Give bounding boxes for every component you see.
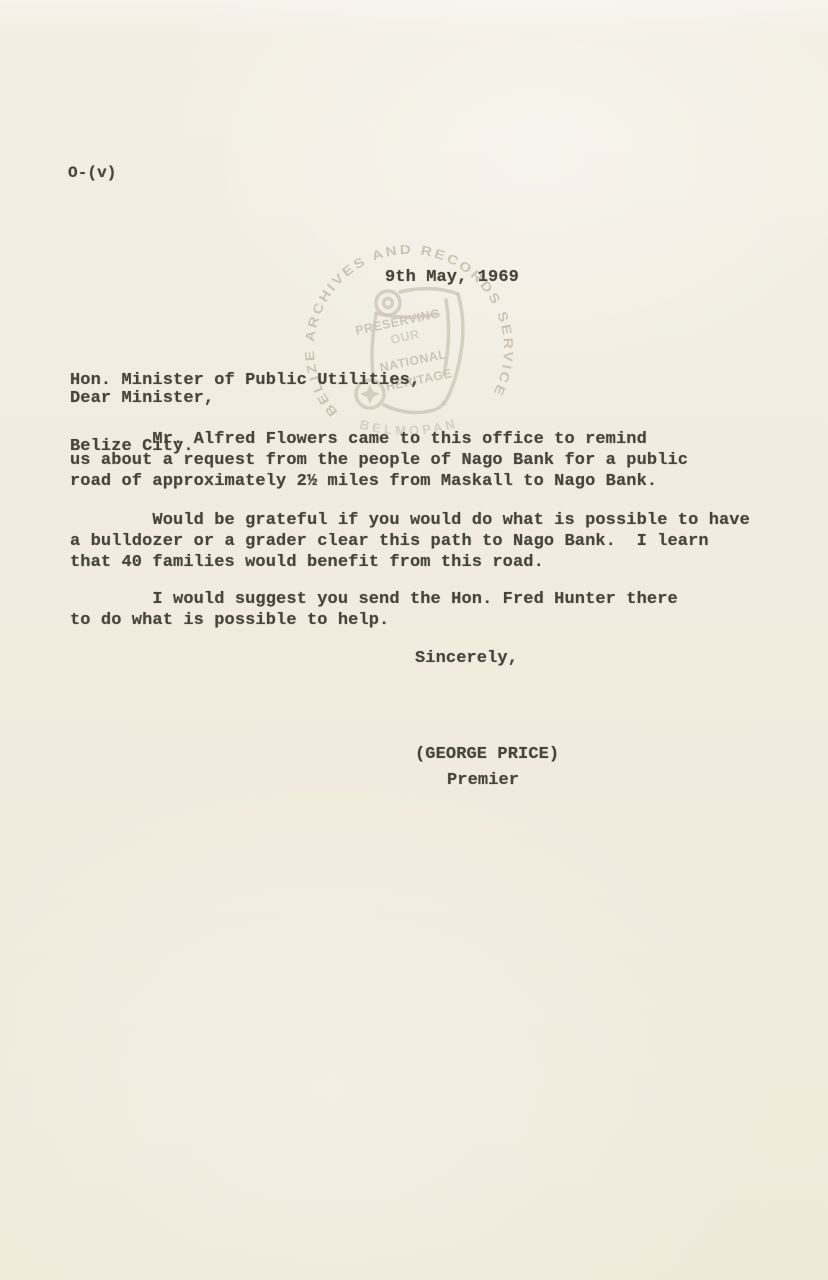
scanned-letter-page: BELIZE ARCHIVES AND RECORDS SERVICE PRES… [0, 0, 828, 1280]
signature-title: Premier [447, 770, 519, 791]
signature-name: (GEORGE PRICE) [415, 744, 559, 765]
closing: Sincerely, [415, 648, 518, 669]
paragraph-1: Mr. Alfred Flowers came to this office t… [70, 429, 688, 492]
salutation: Dear Minister, [70, 388, 214, 409]
paragraph-2: Would be grateful if you would do what i… [70, 510, 750, 573]
letter-date: 9th May, 1969 [385, 267, 519, 288]
paragraph-3: I would suggest you send the Hon. Fred H… [70, 589, 678, 631]
reference-number: O-(v) [68, 163, 117, 184]
